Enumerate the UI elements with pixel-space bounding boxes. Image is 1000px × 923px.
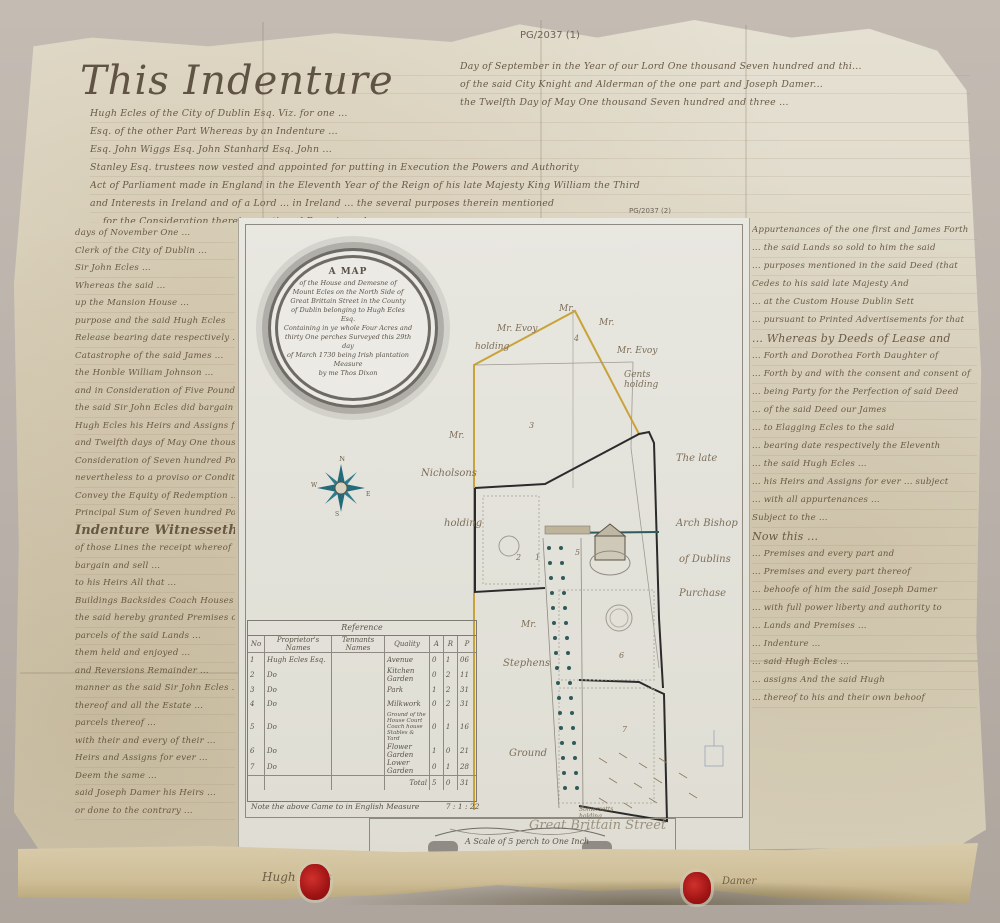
archive-reference-2: PG/2037 (2) [629,207,671,215]
wax-seal-right [683,872,711,904]
label-nicholsons: Nicholsons [421,468,477,479]
stain [330,880,970,905]
label-stephens: Stephens [503,658,550,669]
svg-text:1: 1 [535,553,540,562]
body-text-top: Day of September in the Year of our Lord… [330,58,970,110]
scale-label: A Scale of 5 perch to One Inch [465,837,589,846]
label-mr-top: Mr. [559,304,574,314]
svg-text:3: 3 [529,421,534,430]
archive-reference: PG/2037 (1) [520,30,580,41]
signature-right: Damer [722,876,756,887]
svg-text:7: 7 [622,725,628,734]
svg-text:6: 6 [619,651,624,660]
reference-grid: No Proprietor's Names Tennants Names Qua… [248,636,476,790]
svg-text:5: 5 [575,548,580,557]
table-total-row: Total5031 [248,776,476,791]
label-mr-evoy-right: Mr. Evoy [617,346,657,356]
label-of-dublins: of Dublins [679,554,731,565]
label-the-late: The late [676,453,717,464]
table-row: 6DoFlower Garden1021 [248,743,476,759]
label-gents-holding: Gents holding [624,370,664,390]
wax-seal-left [300,864,330,900]
label-holding-left: holding [475,342,509,352]
table-row: 5DoGround of the House Court Coach house… [248,711,476,743]
label-mr-right: Mr. [599,318,614,328]
label-mr-lower: Mr. [521,620,536,630]
label-holding-nicholsons: holding [444,518,482,529]
table-row: 3DoPark1231 [248,683,476,697]
table-row: 2DoKitchen Garden0211 [248,667,476,683]
body-text-middle: Hugh Ecles of the City of Dublin Esq. Vi… [90,105,970,223]
label-mr-mid: Mr. [449,431,464,441]
reference-caption: Reference [248,621,476,636]
reference-table: Reference No Proprietor's Names Tennants… [247,620,477,802]
table-row: 7DoLower Garden0128 [248,759,476,776]
label-arch-bishop: Arch Bishop [676,518,738,529]
svg-text:2: 2 [515,553,521,562]
label-mr-evoy-left: Mr. Evoy [497,324,537,334]
body-text-left-column: days of November One ... Clerk of the Ci… [75,225,235,820]
estate-map: PG/2037 (2) A MAP of the House and Demes… [238,218,750,858]
table-row: 1Hugh Ecles Esq.Avenue0106 [248,653,476,668]
body-text-right-column: Appurtenances of the one first and James… [752,222,977,822]
table-row: 4DoMilkwork0231 [248,697,476,711]
label-purchase: Purchase [679,588,726,599]
svg-text:4: 4 [573,334,579,343]
english-measure-note: Note the above Came to in English Measur… [251,802,479,811]
label-ground: Ground [509,748,547,759]
